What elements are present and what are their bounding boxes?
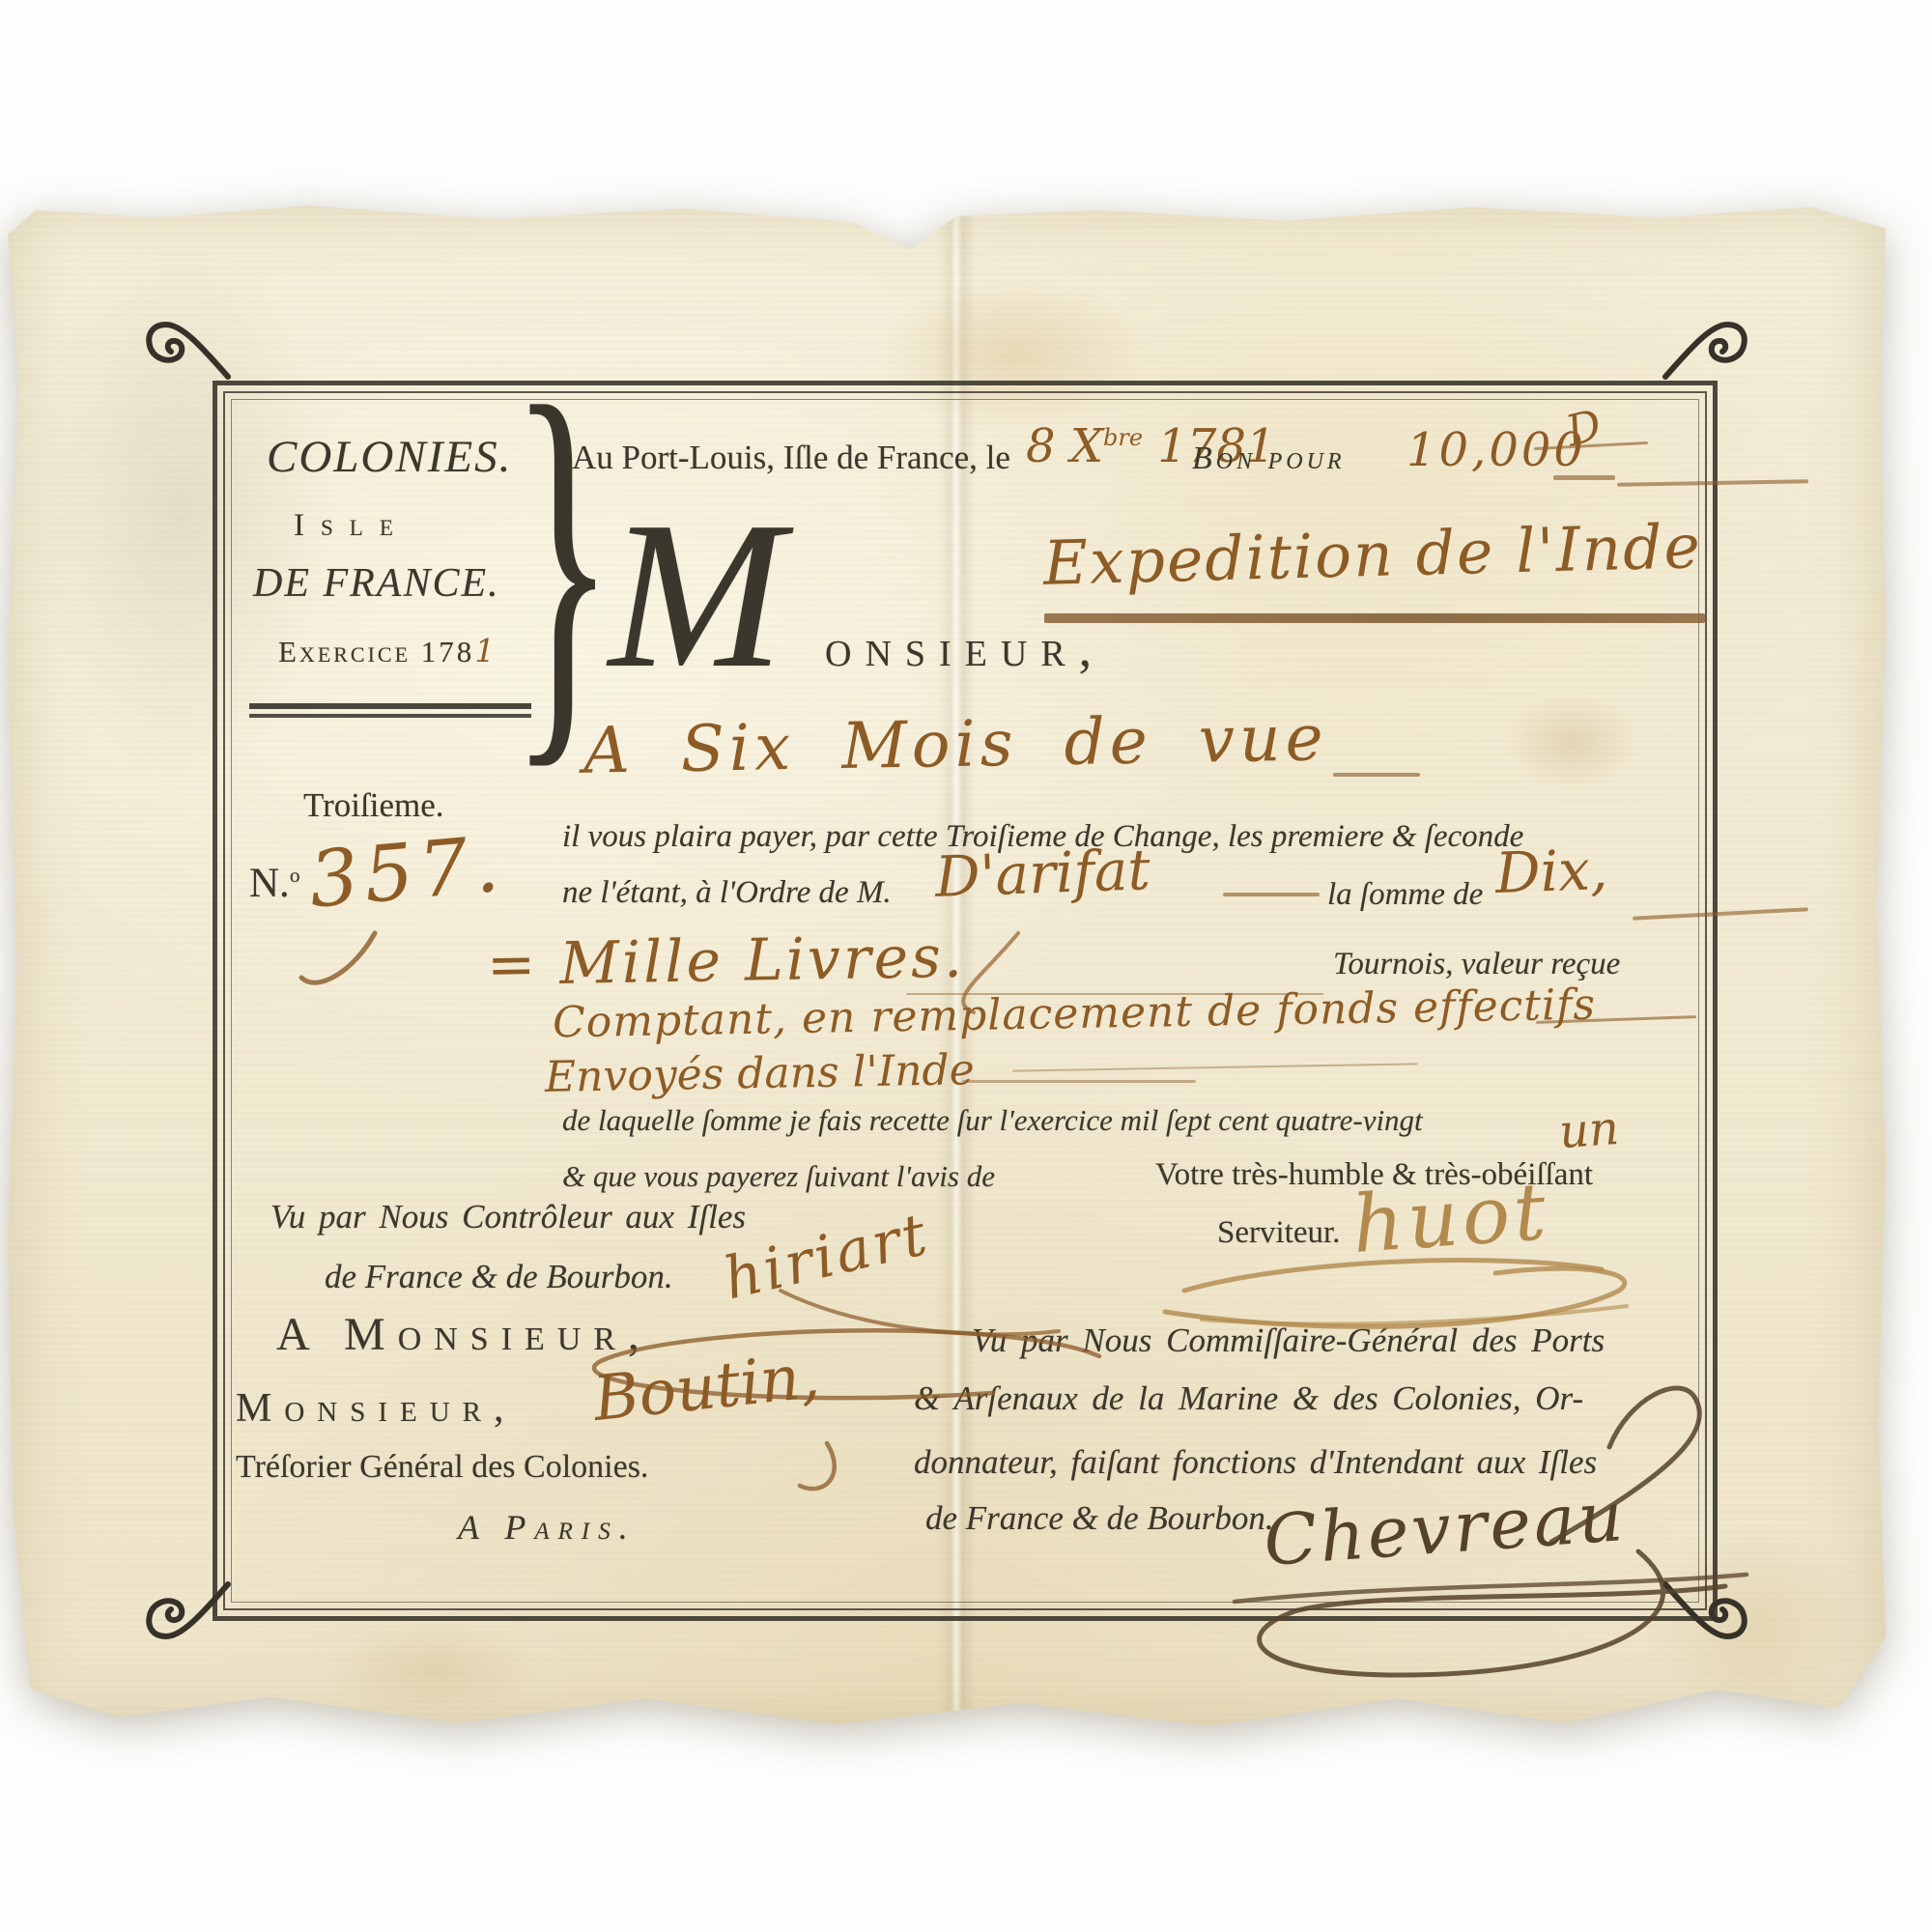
term-handwritten: A Six Mois de vue — [582, 700, 1328, 787]
number-value-handwritten: 357. — [305, 818, 507, 924]
recette-year-handwritten: un — [1557, 1101, 1621, 1159]
amount-figures-handwritten: 10,000 — [1406, 423, 1586, 477]
address-line3: Tréſorier Général des Colonies. — [236, 1449, 648, 1486]
copy-label: Troiſieme. — [303, 786, 444, 825]
masthead-isle: Isle — [294, 508, 410, 544]
salutation-initial: M — [609, 491, 784, 701]
body-line2: ne l'étant, à l'Ordre de M. — [562, 875, 892, 911]
paper-sheet: COLONIES. Isle DE FRANCE. Exercice 1781 … — [8, 201, 1886, 1729]
masthead-colonies: COLONIES. — [267, 431, 512, 483]
corner-flourish-top-right — [1662, 317, 1750, 384]
ink-stroke — [1333, 773, 1420, 777]
tournois-printed: Tournois, valeur reçue — [1333, 947, 1620, 982]
amount-words-line2: = Mille Livres. — [486, 923, 965, 1000]
commissaire-line3: donnateur, faiſant fonctions d'Intendant… — [914, 1443, 1597, 1482]
avis-printed: & que vous payerez ſuivant l'avis de — [562, 1159, 995, 1194]
ink-stroke — [1553, 475, 1615, 480]
payee-handwritten: D'arifat — [934, 837, 1151, 910]
number-label: N.o — [249, 860, 300, 907]
paper-stain — [327, 1621, 539, 1718]
exercice-printed: Exercice 178 — [278, 635, 474, 668]
address-line4: A Paris. — [458, 1507, 637, 1548]
date-month: X — [1070, 419, 1103, 473]
brown-bar — [1044, 613, 1705, 623]
scan-background: COLONIES. Isle DE FRANCE. Exercice 1781 … — [0, 0, 1932, 1932]
ink-stroke — [1223, 893, 1320, 896]
date-month-superscript: bre — [1103, 424, 1143, 451]
bon-pour-label: Bon pour — [1192, 440, 1346, 477]
controleur-line2: de France & de Bourbon. — [325, 1258, 673, 1296]
date-day: 8 — [1026, 419, 1056, 473]
masthead-de-france: DE FRANCE. — [253, 560, 500, 607]
corner-flourish-bottom-right — [1662, 1577, 1750, 1644]
masthead-divider — [249, 703, 531, 718]
recette-printed: de laquelle ſomme je fais recette ſur l'… — [562, 1103, 1423, 1138]
ink-stroke — [962, 1080, 1196, 1083]
commissaire-line2: & Arſenaux de la Marine & des Colonies, … — [914, 1379, 1583, 1418]
closing-line2: Serviteur. — [1217, 1215, 1340, 1251]
commissaire-line4: de France & de Bourbon. — [925, 1499, 1274, 1538]
corner-flourish-bottom-left — [143, 1577, 232, 1644]
controleur-line1: Vu par Nous Contrôleur aux Iſles — [270, 1198, 746, 1236]
salutation-rest: onsieur, — [825, 618, 1105, 678]
commissaire-line1: Vu par Nous Commiſſaire-Général des Port… — [972, 1321, 1605, 1360]
address-line2: Monsieur, — [236, 1385, 517, 1432]
usage-line2-handwritten: Envoyés dans l'Inde — [545, 1045, 975, 1102]
corner-flourish-top-left — [143, 317, 232, 384]
exercice-year-handwritten: 1 — [474, 632, 495, 669]
masthead-exercice: Exercice 1781 — [278, 632, 495, 669]
number-sup: o — [290, 864, 300, 887]
somme-label: la ſomme de — [1327, 877, 1483, 913]
dateline-place: Au Port-Louis, Iſle de France, le — [572, 439, 1010, 477]
amount-words-line1: Dix, — [1494, 837, 1609, 906]
address-line1: A Monsieur, — [276, 1308, 652, 1361]
signature-huot: huot — [1350, 1166, 1552, 1271]
